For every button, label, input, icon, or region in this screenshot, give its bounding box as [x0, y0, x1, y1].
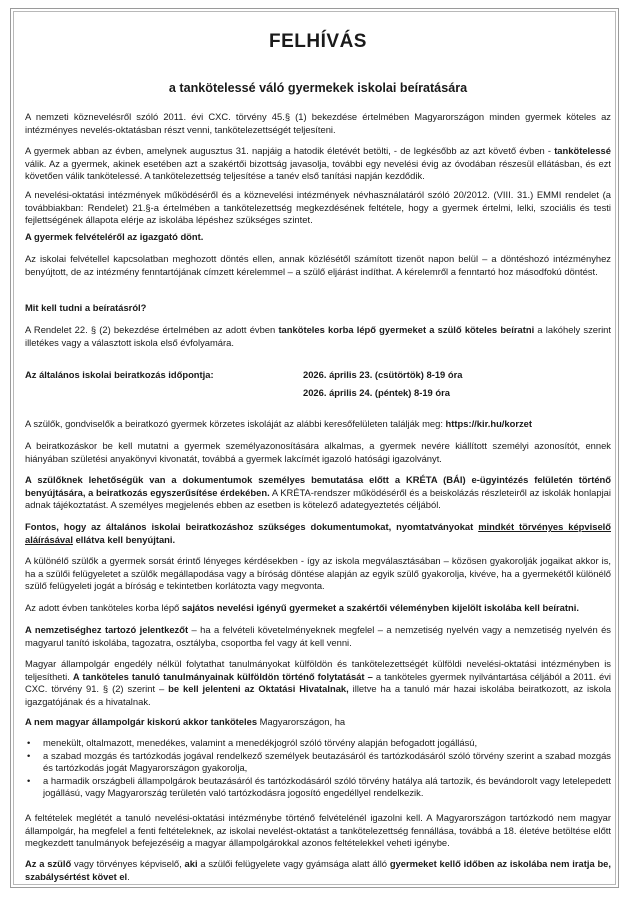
list-item: •a szabad mozgás és tartózkodás jogával … [25, 750, 611, 775]
bullet-icon: • [27, 737, 30, 750]
paragraph-conditions-proof: A feltételek meglétét a tanuló nevelési-… [25, 812, 611, 850]
paragraph-obligation: A Rendelet 22. § (2) bekezdése értelmébe… [25, 324, 611, 349]
paragraph-separated-parents: A különélő szülők a gyermek sorsát érint… [25, 555, 611, 593]
paragraph-special-needs: Az adott évben tanköteles korba lépő saj… [25, 602, 611, 615]
paragraph-kreta: A szülőknek lehetőségük van a dokumentum… [25, 474, 611, 512]
paragraph-compulsory-age: A gyermek abban az évben, amelynek augus… [25, 145, 611, 183]
non-citizen-conditions-list: •menekült, oltalmazott, menedékes, valam… [25, 737, 611, 800]
enrollment-date-1: 2026. április 23. (csütörtök) 8-19 óra [303, 369, 462, 382]
list-item: •menekült, oltalmazott, menedékes, valam… [25, 737, 611, 750]
heading-what-to-know: Mit kell tudni a beíratásról? [25, 302, 611, 315]
bullet-icon: • [27, 750, 30, 763]
paragraph-regulation: A nevelési-oktatási intézmények működésé… [25, 189, 611, 227]
bullet-icon: • [27, 775, 30, 788]
paragraph-required-documents: A beiratkozáskor be kell mutatni a gyerm… [25, 440, 611, 465]
paragraph-district-search: A szülők, gondviselők a beiratkozó gyerm… [25, 418, 611, 431]
enrollment-date-2: 2026. április 24. (péntek) 8-19 óra [303, 387, 450, 400]
paragraph-non-citizen: A nem magyar állampolgár kiskorú akkor t… [25, 716, 611, 729]
document-title: FELHÍVÁS [25, 36, 611, 49]
enrollment-label: Az általános iskolai beiratkozás időpont… [25, 369, 214, 382]
paragraph-signatures: Fontos, hogy az általános iskolai beirat… [25, 521, 611, 546]
heading-director-decides: A gyermek felvételéről az igazgató dönt. [25, 231, 611, 244]
paragraph-appeal: Az iskolai felvétellel kapcsolatban megh… [25, 253, 611, 278]
paragraph-intro: A nemzeti köznevelésről szóló 2011. évi … [25, 111, 611, 136]
paragraph-offense: Az a szülő vagy törvényes képviselő, aki… [25, 858, 611, 883]
document-subtitle: a tankötelessé váló gyermekek iskolai be… [25, 82, 611, 95]
paragraph-nationality: A nemzetiséghez tartozó jelentkezőt – ha… [25, 624, 611, 649]
paragraph-abroad: Magyar állampolgár engedély nélkül folyt… [25, 658, 611, 708]
district-search-link[interactable]: https://kir.hu/korzet [446, 418, 532, 429]
list-item: •a harmadik országbeli állampolgárok beu… [25, 775, 611, 800]
